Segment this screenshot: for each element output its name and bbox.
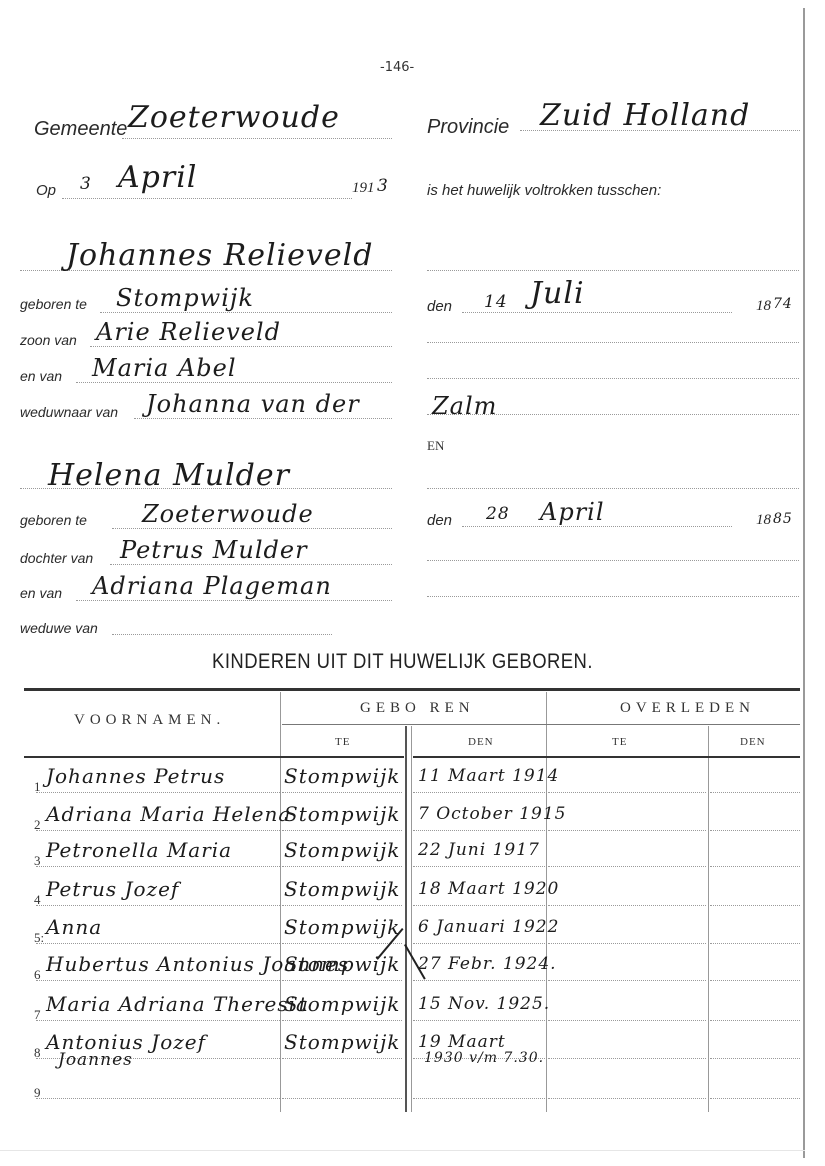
marriage-day: 3 <box>80 174 92 194</box>
group-header-rule <box>282 724 800 725</box>
child-born-date: 19 Maart <box>418 1032 506 1052</box>
bride-name-line-right <box>427 488 799 489</box>
child-born-place: Stompwijk <box>284 877 400 901</box>
child-born-date: 27 Febr. 1924. <box>418 954 557 974</box>
row-line <box>413 830 545 831</box>
bride-born-day: 28 <box>486 504 510 524</box>
row-line <box>282 866 402 867</box>
groom-mother: Maria Abel <box>92 354 237 382</box>
groom-widower-of-part1: Johanna van der <box>146 390 360 418</box>
row-line <box>710 866 800 867</box>
table-top-rule <box>24 688 800 691</box>
child-born-date: 7 October 1915 <box>418 804 566 824</box>
groom-mother-label: en van <box>20 368 62 384</box>
row-line <box>413 792 545 793</box>
bride-born-month: April <box>540 498 605 526</box>
op-line <box>62 198 352 199</box>
child-born-place: Stompwijk <box>284 764 400 788</box>
groom-born-year-prefix: 18 <box>756 298 771 315</box>
col-divider-overleden-den <box>708 726 709 1112</box>
row-line <box>413 905 545 906</box>
groom-born-line <box>100 312 392 313</box>
row-number: 5: <box>34 930 44 946</box>
row-line <box>413 943 545 944</box>
child-name: Maria Adriana Theresia <box>46 992 309 1016</box>
row-line <box>282 792 402 793</box>
row-line <box>36 792 280 793</box>
row-number: 8 <box>34 1045 41 1061</box>
row-line <box>36 905 280 906</box>
header-geboren-te: TE <box>335 736 350 748</box>
row-line <box>413 866 545 867</box>
bride-born-line <box>112 528 392 529</box>
row-line <box>710 980 800 981</box>
row-line <box>710 1020 800 1021</box>
header-overleden-te: TE <box>612 736 627 748</box>
bride-date-label: den <box>427 512 452 529</box>
child-name: Petronella Maria <box>46 838 232 862</box>
row-line <box>36 980 280 981</box>
child-born-place: Stompwijk <box>284 802 400 826</box>
col-divider-geboren-te-right <box>411 726 412 1112</box>
child-name: Adriana Maria Helena <box>46 802 291 826</box>
bride-mother-line-right <box>427 596 799 597</box>
child-born-place: Stompwijk <box>284 952 400 976</box>
child-born-date: 11 Maart 1914 <box>418 766 559 786</box>
header-overleden-den: DEN <box>740 736 766 748</box>
col-divider-voornamen <box>280 692 281 1112</box>
bride-father: Petrus Mulder <box>120 536 308 564</box>
row-line <box>710 943 800 944</box>
child-name: Anna <box>46 915 102 939</box>
en-separator: EN <box>427 438 444 454</box>
row-line <box>548 1058 706 1059</box>
row-line <box>282 1098 402 1099</box>
row-line <box>282 943 402 944</box>
groom-father-line <box>90 346 392 347</box>
provincie-label: Provincie <box>427 116 509 139</box>
child-born-date: 18 Maart 1920 <box>418 879 559 899</box>
child-name: Petrus Jozef <box>46 877 179 901</box>
marriage-month: April <box>118 160 197 195</box>
header-overleden: OVERLEDEN <box>620 700 755 717</box>
row-line <box>36 1020 280 1021</box>
row-number: 2 <box>34 817 41 833</box>
bride-born-year-suffix: 85 <box>773 511 793 527</box>
row-number: 4 <box>34 892 41 908</box>
bride-widow-label: weduwe van <box>20 620 98 636</box>
page-number: -146- <box>380 60 414 75</box>
child-born-date: 6 Januari 1922 <box>418 917 559 937</box>
col-divider-geboren-te-left <box>405 726 407 1112</box>
marriage-year-suffix: 3 <box>377 176 389 196</box>
row-line <box>710 1058 800 1059</box>
groom-mother-line <box>76 382 392 383</box>
row-line <box>548 943 706 944</box>
row-line <box>548 980 706 981</box>
row-line <box>282 830 402 831</box>
row-line <box>710 792 800 793</box>
groom-widower-of-part2: Zalm <box>432 392 497 420</box>
child-born-place: Stompwijk <box>284 992 400 1016</box>
groom-father-line-right <box>427 342 799 343</box>
bride-born-place: Zoeterwoude <box>142 500 314 528</box>
row-line <box>710 1098 800 1099</box>
groom-born-year-suffix: 74 <box>773 296 793 312</box>
groom-mother-line-right <box>427 378 799 379</box>
page-edge <box>803 8 805 1158</box>
col-divider-overleden <box>546 692 547 1112</box>
gemeente-label: Gemeente <box>34 118 127 141</box>
child-born-place: Stompwijk <box>284 1030 400 1054</box>
groom-father-label: zoon van <box>20 332 77 348</box>
groom-born-place: Stompwijk <box>116 284 254 312</box>
row-line <box>548 1020 706 1021</box>
row-number: 1 <box>34 779 41 795</box>
groom-born-label: geboren te <box>20 296 87 312</box>
intro-text: is het huwelijk voltrokken tusschen: <box>427 182 661 199</box>
row-line <box>413 1098 545 1099</box>
groom-name-line-right <box>427 270 799 271</box>
bride-mother-line <box>76 600 392 601</box>
row-line <box>548 1098 706 1099</box>
child-born-date: 15 Nov. 1925. <box>418 994 550 1014</box>
row-line <box>282 980 402 981</box>
row-line <box>36 866 280 867</box>
groom-date-label: den <box>427 298 452 315</box>
row-line <box>282 1020 402 1021</box>
bride-name: Helena Mulder <box>48 458 290 493</box>
child-name-line2: Joannes <box>58 1050 133 1070</box>
row-line <box>413 980 545 981</box>
page-bottom-edge <box>0 1150 805 1151</box>
bride-father-line-right <box>427 560 799 561</box>
row-line <box>282 905 402 906</box>
groom-widower-line <box>134 418 392 419</box>
header-bottom-rule-left <box>24 756 404 758</box>
bride-mother: Adriana Plageman <box>92 572 332 600</box>
child-born-place: Stompwijk <box>284 915 400 939</box>
row-line <box>710 830 800 831</box>
bride-father-line <box>110 564 392 565</box>
child-born-date-line2: 1930 v/m 7.30. <box>424 1050 544 1066</box>
bride-mother-label: en van <box>20 585 62 601</box>
header-geboren: GEBO REN <box>360 700 475 717</box>
op-label: Op <box>36 182 56 199</box>
gemeente-value: Zoeterwoude <box>128 100 340 135</box>
header-geboren-den: DEN <box>468 736 494 748</box>
row-number: 7 <box>34 1007 41 1023</box>
row-number: 6 <box>34 967 41 983</box>
gemeente-line <box>122 138 392 139</box>
row-line <box>548 866 706 867</box>
children-table-title: KINDEREN UIT DIT HUWELIJK GEBOREN. <box>48 650 756 674</box>
row-line <box>548 830 706 831</box>
row-number: 3 <box>34 853 41 869</box>
row-line <box>282 1058 402 1059</box>
groom-date-line <box>462 312 732 313</box>
bride-date-line <box>462 526 732 527</box>
row-line <box>548 905 706 906</box>
groom-name: Johannes Relieveld <box>66 238 373 273</box>
row-number: 9 <box>34 1085 41 1101</box>
groom-born-month: Juli <box>530 276 585 311</box>
provincie-value: Zuid Holland <box>540 98 750 133</box>
row-line <box>710 905 800 906</box>
groom-father: Arie Relieveld <box>96 318 281 346</box>
marriage-year-prefix: 191 <box>352 180 375 197</box>
child-born-date: 22 Juni 1917 <box>418 840 540 860</box>
bride-born-year-prefix: 18 <box>756 512 771 529</box>
header-voornamen: VOORNAMEN. <box>74 712 225 729</box>
child-name: Johannes Petrus <box>46 764 225 788</box>
groom-widower-label: weduwnaar van <box>20 404 118 420</box>
row-line <box>548 792 706 793</box>
row-line <box>36 830 280 831</box>
row-line <box>36 943 280 944</box>
bride-father-label: dochter van <box>20 550 93 566</box>
row-line <box>36 1098 280 1099</box>
child-born-place: Stompwijk <box>284 838 400 862</box>
row-line <box>413 1020 545 1021</box>
groom-born-day: 14 <box>484 292 508 312</box>
header-bottom-rule-right <box>413 756 800 758</box>
bride-born-label: geboren te <box>20 512 87 528</box>
bride-widow-line <box>112 634 332 635</box>
